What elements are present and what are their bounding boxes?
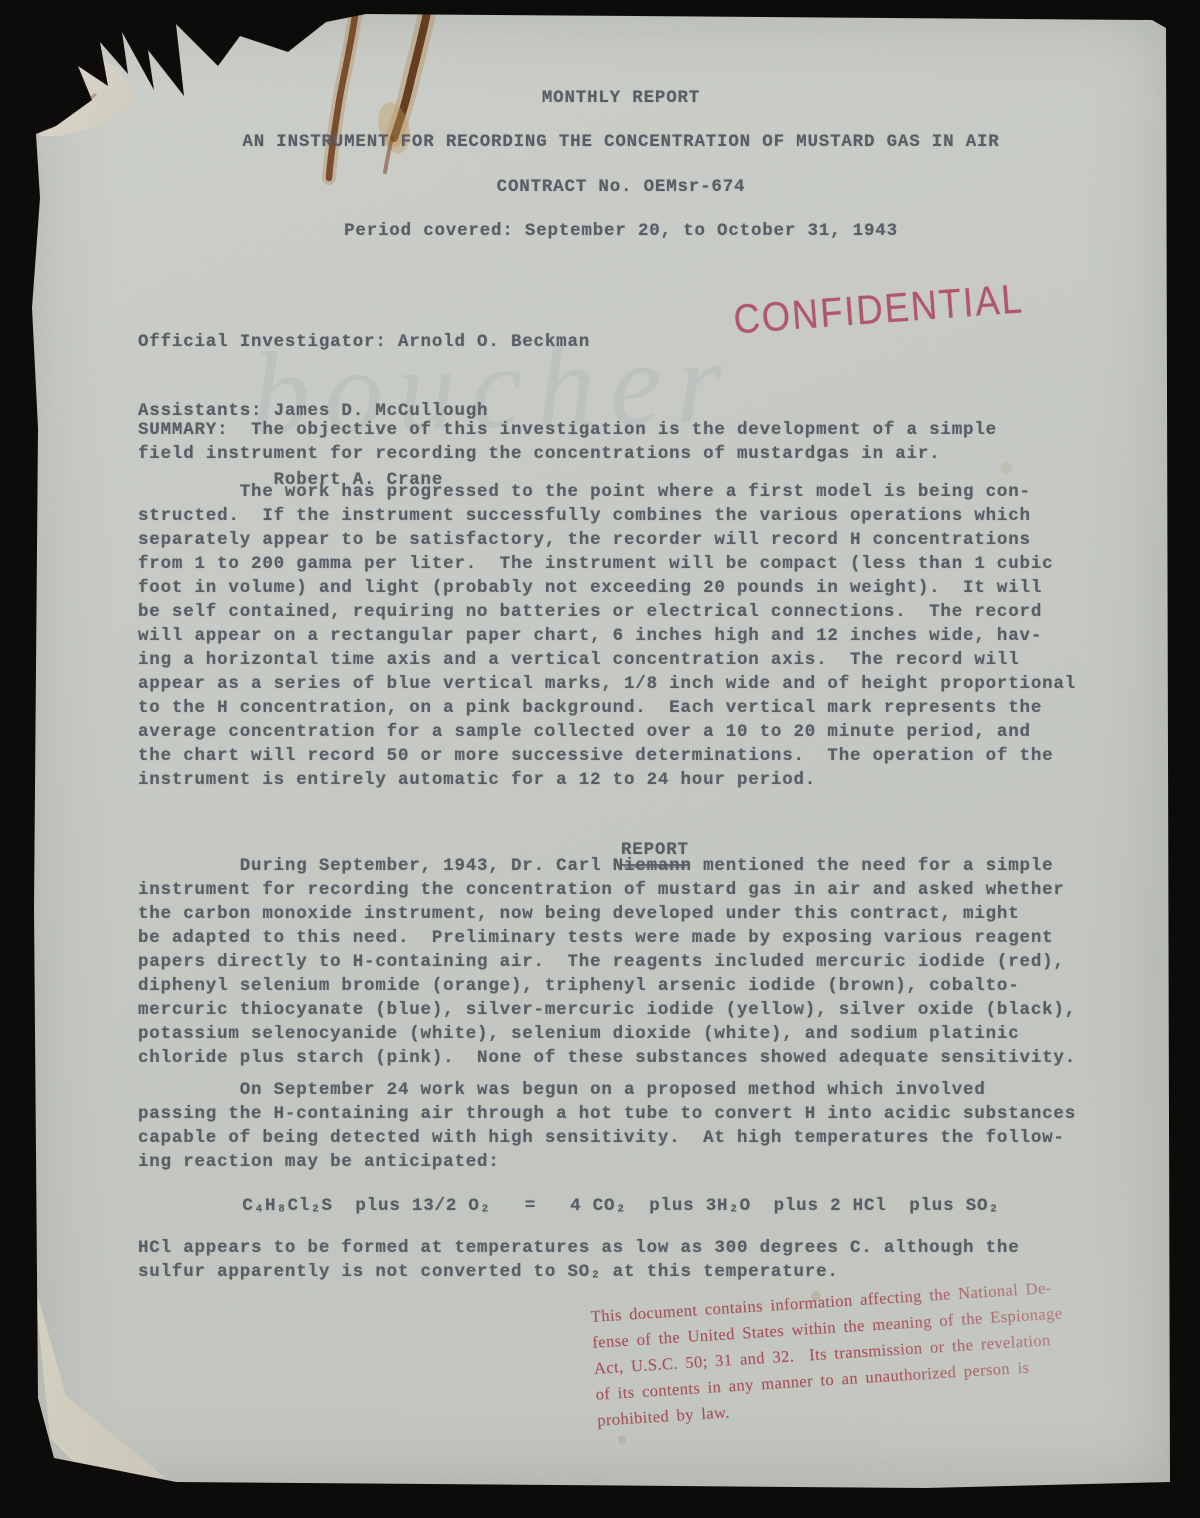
report-paragraph-3: HCl appears to be formed at temperatures… xyxy=(138,1236,1104,1284)
report-paragraph-2: On September 24 work was begun on a prop… xyxy=(138,1078,1104,1174)
report-subtitle: AN INSTRUMENT FOR RECORDING THE CONCENTR… xyxy=(138,130,1168,154)
paper-sheet: boucher MONTHLY REPORT AN INSTRUMENT FOR… xyxy=(26,8,1174,1490)
report-paragraph-1: During September, 1943, Dr. Carl Niemann… xyxy=(138,854,1104,1070)
period-covered: Period covered: September 20, to October… xyxy=(138,219,1168,243)
security-notice-stamp: This document contains information affec… xyxy=(590,1273,1089,1434)
chemical-equation: C₄H₈Cl₂S plus 13/2 O₂ = 4 CO₂ plus 3H₂O … xyxy=(138,1194,1104,1218)
summary-paragraph: SUMMARY: The objective of this investiga… xyxy=(138,418,1104,466)
report-title: MONTHLY REPORT xyxy=(138,86,1168,110)
scanner-background: boucher MONTHLY REPORT AN INSTRUMENT FOR… xyxy=(0,0,1200,1518)
summary-body-paragraph: The work has progressed to the point whe… xyxy=(138,480,1104,792)
contract-number: CONTRACT No. OEMsr-674 xyxy=(138,175,1168,199)
official-investigator: Official Investigator: Arnold O. Beckman xyxy=(138,331,1104,354)
